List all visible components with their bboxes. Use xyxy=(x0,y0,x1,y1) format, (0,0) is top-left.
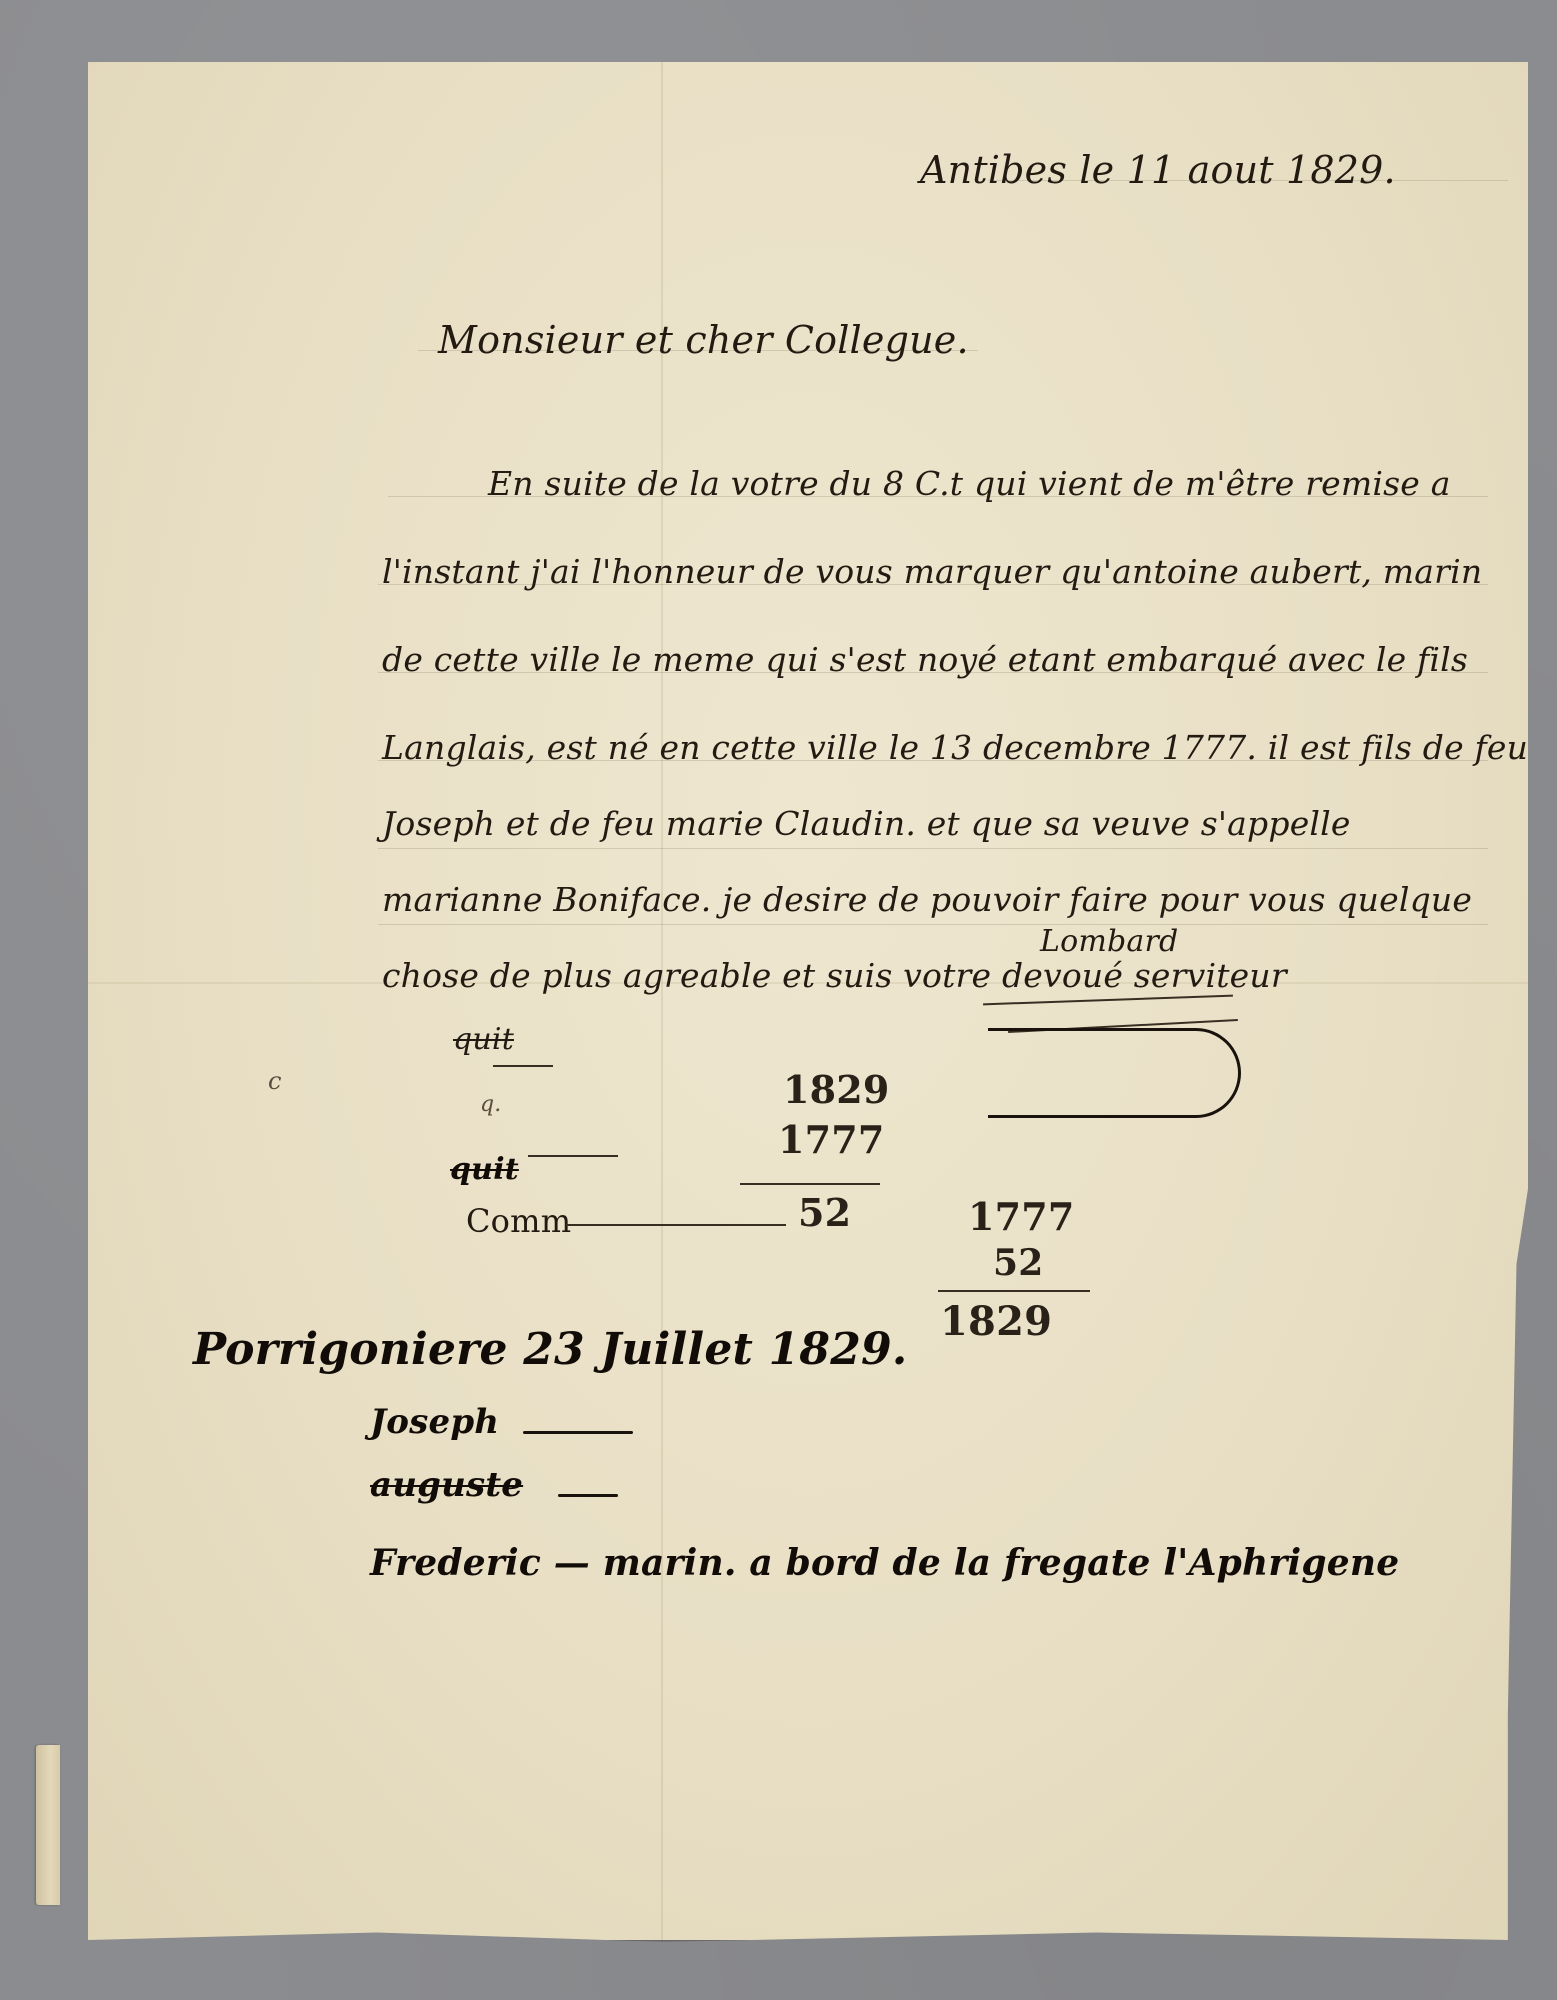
body-line-2: l'instant j'ai l'honneur de vous marquer… xyxy=(382,552,1482,591)
letter-sheet: Antibes le 11 aout 1829. Monsieur et che… xyxy=(88,62,1528,1940)
body-line-5: Joseph et de feu marie Claudin. et que s… xyxy=(382,804,1351,843)
subtraction-minuend: 1829 xyxy=(783,1067,890,1112)
signature-flourish-loop xyxy=(988,1028,1241,1118)
subtraction-result: 52 xyxy=(798,1190,851,1235)
footer-dash-2 xyxy=(558,1494,618,1497)
place-date-header: Antibes le 11 aout 1829. xyxy=(920,148,1396,192)
body-line-7: chose de plus agreable et suis votre dev… xyxy=(382,956,1287,995)
body-line-3: de cette ville le meme qui s'est noyé et… xyxy=(382,640,1468,679)
body-line-6: marianne Boniface. je desire de pouvoir … xyxy=(382,880,1472,919)
footer-line-1: Joseph xyxy=(370,1402,499,1442)
addition-addend-2: 52 xyxy=(993,1242,1044,1284)
underline-mark xyxy=(493,1065,553,1067)
body-line-1: En suite de la votre du 8 C.t qui vient … xyxy=(488,464,1451,503)
left-word: Comm xyxy=(466,1202,571,1240)
addition-sum: 1829 xyxy=(940,1298,1052,1345)
subtraction-subtrahend: 1777 xyxy=(778,1117,885,1162)
small-mark: q. xyxy=(480,1092,501,1117)
signature-flourish-stroke xyxy=(983,995,1233,1006)
ruled-guide xyxy=(378,848,1488,849)
footer-dash-1 xyxy=(523,1431,633,1434)
ruled-guide xyxy=(378,924,1488,925)
body-line-4: Langlais, est né en cette ville le 13 de… xyxy=(382,728,1528,767)
left-word-dash xyxy=(566,1224,786,1226)
footer-line-2: auguste xyxy=(370,1465,523,1505)
signature: Lombard xyxy=(1040,924,1178,959)
footer-line-3: Frederic — marin. a bord de la fregate l… xyxy=(370,1542,1399,1584)
subtraction-rule xyxy=(740,1183,880,1185)
footer-place-date: Porrigoniere 23 Juillet 1829. xyxy=(193,1324,907,1375)
salutation: Monsieur et cher Collegue. xyxy=(438,318,969,362)
paper-tab-underlay xyxy=(36,1745,60,1905)
addition-addend-1: 1777 xyxy=(968,1194,1075,1239)
strike-extension xyxy=(528,1155,618,1157)
struck-word-2: quit xyxy=(450,1152,519,1187)
struck-word-1: quit xyxy=(453,1022,514,1057)
margin-mark: c xyxy=(268,1067,282,1095)
addition-rule xyxy=(938,1290,1090,1292)
